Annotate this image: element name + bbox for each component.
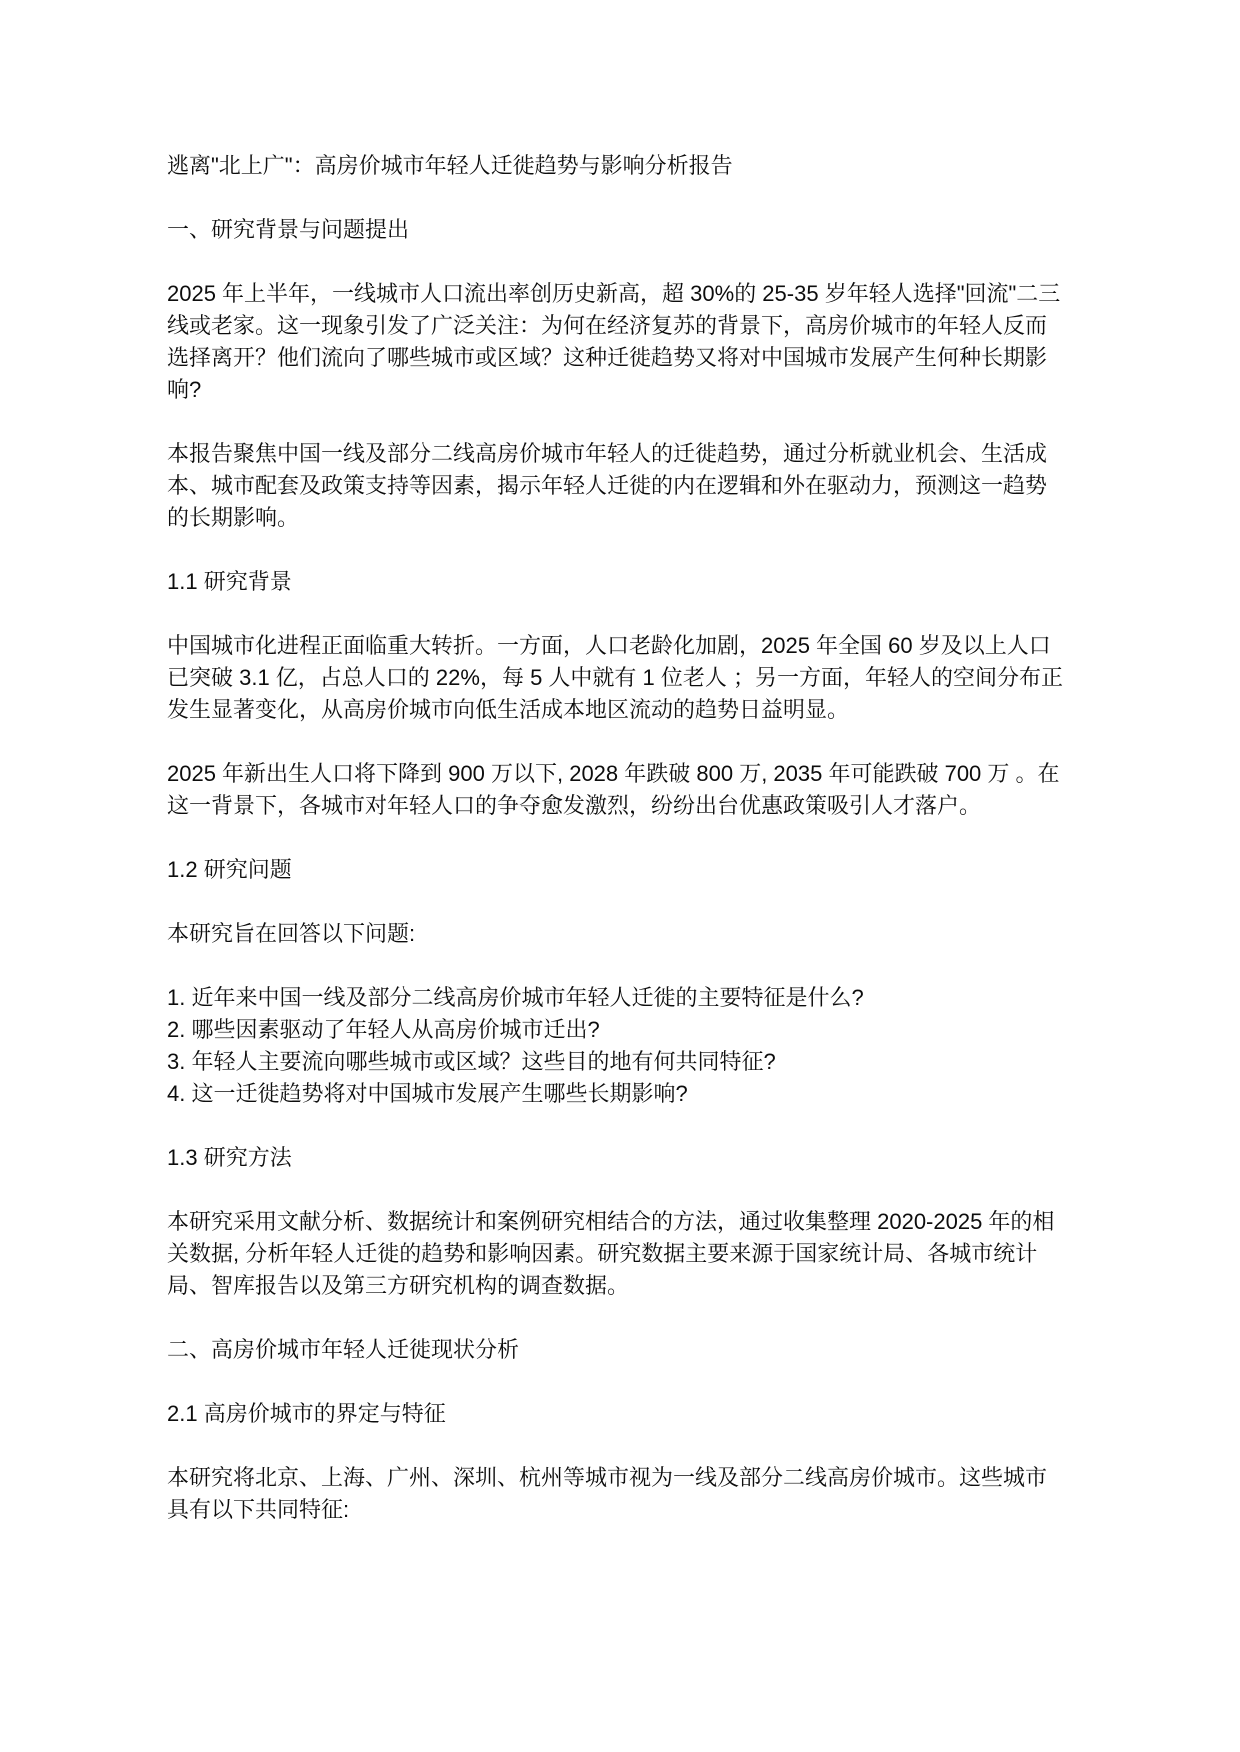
paragraph-intro-2: 本报告聚焦中国一线及部分二线高房价城市年轻人的迁徙趋势，通过分析就业机会、生活成… bbox=[167, 438, 1063, 534]
heading-2-1: 2.1 高房价城市的界定与特征 bbox=[167, 1398, 1063, 1430]
heading-section-1: 一、研究背景与问题提出 bbox=[167, 214, 1063, 246]
document-page: 逃离"北上广"：高房价城市年轻人迁徙趋势与影响分析报告 一、研究背景与问题提出 … bbox=[0, 0, 1240, 1752]
question-item-3: 3. 年轻人主要流向哪些城市或区域？这些目的地有何共同特征? bbox=[167, 1046, 1063, 1078]
heading-1-2: 1.2 研究问题 bbox=[167, 854, 1063, 886]
paragraph-1-1-birthrate: 2025 年新出生人口将下降到 900 万以下, 2028 年跌破 800 万,… bbox=[167, 758, 1063, 822]
report-title: 逃离"北上广"：高房价城市年轻人迁徙趋势与影响分析报告 bbox=[167, 150, 1063, 182]
paragraph-1-2-lead: 本研究旨在回答以下问题: bbox=[167, 918, 1063, 950]
research-question-list: 1. 近年来中国一线及部分二线高房价城市年轻人迁徙的主要特征是什么? 2. 哪些… bbox=[167, 982, 1063, 1110]
paragraph-2-1-definition: 本研究将北京、上海、广州、深圳、杭州等城市视为一线及部分二线高房价城市。这些城市… bbox=[167, 1462, 1063, 1526]
question-item-1: 1. 近年来中国一线及部分二线高房价城市年轻人迁徙的主要特征是什么? bbox=[167, 982, 1063, 1014]
heading-section-2: 二、高房价城市年轻人迁徙现状分析 bbox=[167, 1334, 1063, 1366]
question-item-2: 2. 哪些因素驱动了年轻人从高房价城市迁出? bbox=[167, 1014, 1063, 1046]
question-item-4: 4. 这一迁徙趋势将对中国城市发展产生哪些长期影响? bbox=[167, 1078, 1063, 1110]
heading-1-1: 1.1 研究背景 bbox=[167, 566, 1063, 598]
paragraph-1-1-background: 中国城市化进程正面临重大转折。一方面，人口老龄化加剧，2025 年全国 60 岁… bbox=[167, 630, 1063, 726]
report-body: 逃离"北上广"：高房价城市年轻人迁徙趋势与影响分析报告 一、研究背景与问题提出 … bbox=[0, 0, 1063, 1526]
heading-1-3: 1.3 研究方法 bbox=[167, 1142, 1063, 1174]
paragraph-intro-1: 2025 年上半年，一线城市人口流出率创历史新高，超 30%的 25-35 岁年… bbox=[167, 278, 1063, 406]
paragraph-1-3-method: 本研究采用文献分析、数据统计和案例研究相结合的方法，通过收集整理 2020-20… bbox=[167, 1206, 1063, 1302]
